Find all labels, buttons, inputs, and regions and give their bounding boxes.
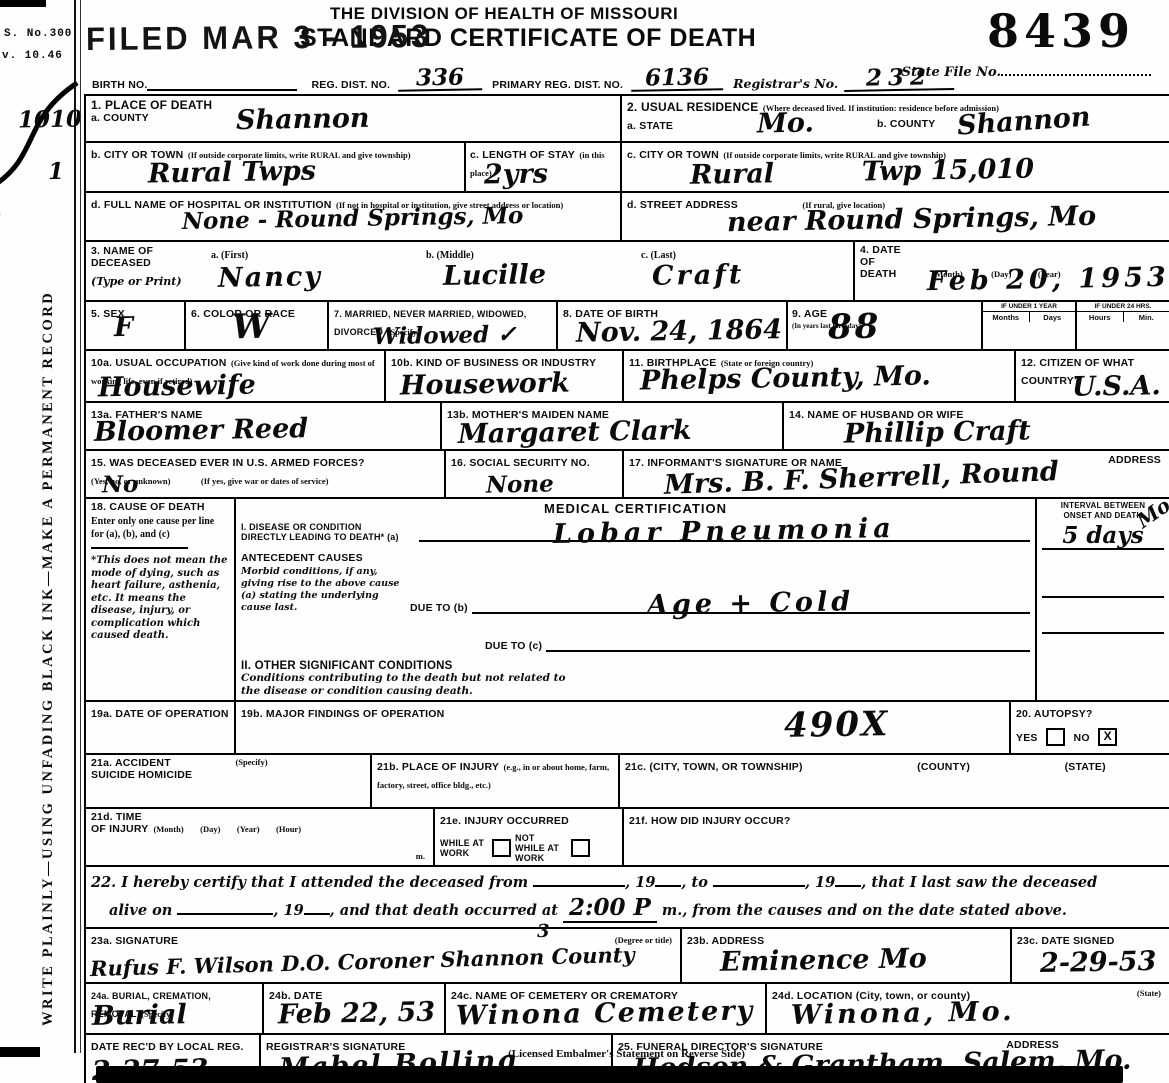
place-of-injury-box: 21b. PLACE OF INJURY (e.g., in or about … xyxy=(372,755,620,807)
res-street-label: d. STREET ADDRESS xyxy=(627,199,738,211)
interval-blank-b xyxy=(1042,596,1164,598)
signature-label: 23a. SIGNATURE xyxy=(91,935,178,947)
cause-title: 18. CAUSE OF DEATH xyxy=(91,501,229,513)
spouse-value: Phillip Craft xyxy=(844,417,1031,447)
cause-instr1: Enter only one cause per line for (a), (… xyxy=(91,515,229,541)
informant-box: 17. INFORMANT'S SIGNATURE OR NAME ADDRES… xyxy=(624,451,1169,497)
accident-note: (Specify) xyxy=(235,757,267,767)
antecedent-label: ANTECEDENT CAUSES xyxy=(241,552,1030,564)
certify-p4: alive on xyxy=(109,902,172,919)
occupation-value: Housewife xyxy=(98,372,256,402)
name-first: a. (First) Nancy xyxy=(208,242,423,300)
name-last-label: c. (Last) xyxy=(641,250,676,261)
age-value: 88 xyxy=(828,310,882,345)
primary-reg-dist-value: 6136 xyxy=(631,65,723,92)
citizen-box: 12. CITIZEN OF WHAT COUNTRY? U.S.A. xyxy=(1016,351,1169,401)
certify-blank3b xyxy=(304,899,330,915)
age-box: 9. AGE (In years last birthday) 88 IF UN… xyxy=(788,302,1169,349)
morbid-note: Morbid conditions, if any, giving rise t… xyxy=(241,566,406,614)
certificate-form: 1. PLACE OF DEATH a. COUNTY Shannon b. C… xyxy=(84,94,1169,1083)
certify-blank1b xyxy=(655,871,681,887)
race-value: W xyxy=(232,310,271,345)
name-of-deceased-box: 3. NAME OF DECEASED (Type or Print) a. (… xyxy=(86,242,855,300)
certify-blank2b xyxy=(835,871,861,887)
reg-dist-label: REG. DIST. NO. xyxy=(311,79,390,91)
cause-divider xyxy=(91,547,188,549)
pod-city-value: Rural Twps xyxy=(148,158,316,188)
age-main: 9. AGE (In years last birthday) 88 xyxy=(788,302,981,349)
how-injury-label: 21f. HOW DID INJURY OCCUR? xyxy=(629,815,791,827)
physician-address-value: Eminence Mo xyxy=(720,945,927,976)
cemetery-value: Winona Cemetery xyxy=(456,997,755,1029)
cemetery-box: 24c. NAME OF CEMETERY OR CREMATORY Winon… xyxy=(446,984,767,1033)
disease-label: I. DISEASE OR CONDITION DIRECTLY LEADING… xyxy=(241,522,419,542)
name-title-label: 3. NAME OF DECEASED xyxy=(91,245,203,269)
row-injury-bottom: 21d. TIME OF INJURY (Month) (Day) (Year)… xyxy=(86,809,1169,867)
margin-rule xyxy=(74,0,76,1053)
burial-box: 24a. BURIAL, CREMATION, REMOVAL (Specify… xyxy=(86,984,264,1033)
certify-p2: , to xyxy=(681,874,707,891)
dob-box: 8. DATE OF BIRTH Nov. 24, 1864 xyxy=(558,302,788,349)
dob-value: Nov. 24, 1864 xyxy=(576,316,782,347)
dod-value: Feb 20, 1953 xyxy=(927,264,1169,295)
row-signature: 23a. SIGNATURE 3 (Degree or title) Rufus… xyxy=(86,929,1169,984)
birthplace-box: 11. BIRTHPLACE (State or foreign country… xyxy=(624,351,1016,401)
name-title-note: (Type or Print) xyxy=(91,275,203,288)
ssn-label: 16. SOCIAL SECURITY NO. xyxy=(451,457,590,469)
armed-forces-box: 15. WAS DECEASED EVER IN U.S. ARMED FORC… xyxy=(86,451,446,497)
name-middle-value: Lucille xyxy=(443,261,546,290)
autopsy-yes-checkbox xyxy=(1046,728,1065,746)
scan-artifact-bar xyxy=(96,1066,1123,1083)
certify-p5: , and that death occurred at xyxy=(330,902,558,919)
disease-blank: Lobar Pneumonia xyxy=(419,518,1030,542)
certify-blank3 xyxy=(177,899,273,915)
marital-value: Widowed ✓ xyxy=(373,323,517,348)
pod-county-value: Shannon xyxy=(236,105,370,134)
name-first-label: a. (First) xyxy=(211,250,248,261)
injury-county-label: (COUNTY) xyxy=(917,761,970,773)
burial-date-box: 24b. DATE Feb 22, 53 xyxy=(264,984,446,1033)
cause-instr2: *This does not mean the mode of dying, s… xyxy=(91,555,229,643)
toi-day: (Day) xyxy=(200,824,220,834)
row-certify: 22. I hereby certify that I attended the… xyxy=(86,867,1169,929)
interval-blank-c xyxy=(1042,632,1164,634)
date-signed-label: 23c. DATE SIGNED xyxy=(1017,935,1115,947)
due-to-b-blank: Age + Cold xyxy=(472,590,1030,614)
operation-date-box: 19a. DATE OF OPERATION xyxy=(86,702,236,753)
name-title: 3. NAME OF DECEASED (Type or Print) xyxy=(86,242,208,300)
place-of-injury-label: 21b. PLACE OF INJURY xyxy=(377,761,499,773)
disease-line: I. DISEASE OR CONDITION DIRECTLY LEADING… xyxy=(241,518,1030,542)
due-to-b-label: DUE TO (b) xyxy=(410,602,468,614)
signature-value: Rufus F. Wilson D.O. Coroner Shannon Cou… xyxy=(90,944,635,979)
pod-length-of-stay: c. LENGTH OF STAY (in this place) 2yrs xyxy=(464,143,620,191)
armed-forces-note2: (If yes, give war or dates of service) xyxy=(201,476,329,486)
injury-occurred-box: 21e. INJURY OCCURRED WHILE AT WORK NOT W… xyxy=(435,809,624,865)
res-state-label: a. STATE xyxy=(627,120,673,132)
while-at-work-label: WHILE AT WORK xyxy=(440,838,488,858)
father-value: Bloomer Reed xyxy=(94,415,309,446)
autopsy-box: 20. AUTOPSY? YES NO X xyxy=(1011,702,1169,753)
age-under-24hr-label: IF UNDER 24 HRS. xyxy=(1077,302,1169,312)
certify-p6: m., from the causes and on the date stat… xyxy=(662,902,1067,919)
res-state-value: Mo. xyxy=(757,110,814,138)
row-medical-cert: 18. CAUSE OF DEATH Enter only one cause … xyxy=(86,499,1169,702)
ssn-box: 16. SOCIAL SECURITY NO. None xyxy=(446,451,624,497)
toi-hour: (Hour) xyxy=(276,824,301,834)
interval-box: INTERVAL BETWEEN ONSET AND DEATH Mo. 5 d… xyxy=(1037,499,1169,700)
certify-y2: , 19 xyxy=(805,874,835,891)
autopsy-no-checkbox: X xyxy=(1098,728,1117,746)
interval-label-2: ONSET AND DEATH xyxy=(1064,511,1143,520)
accident-box: 21a. ACCIDENT SUICIDE HOMICIDE (Specify) xyxy=(86,755,372,807)
pod-city: b. CITY OR TOWN (If outside corporate li… xyxy=(86,143,464,191)
pod-hospital-value: None - Round Springs, Mo xyxy=(182,204,524,233)
certify-p1: 22. I hereby certify that I attended the… xyxy=(91,874,528,891)
margin-rule-thin xyxy=(80,0,81,1053)
place-of-death-box: 1. PLACE OF DEATH a. COUNTY Shannon b. C… xyxy=(86,96,622,240)
row-place-residence: 1. PLACE OF DEATH a. COUNTY Shannon b. C… xyxy=(86,96,1169,242)
res-city: c. CITY OR TOWN (If outside corporate li… xyxy=(622,143,1169,193)
sex-box: 5. SEX F xyxy=(86,302,186,349)
primary-reg-dist-label: PRIMARY REG. DIST. NO. xyxy=(492,79,623,91)
autopsy-yes-label: YES xyxy=(1016,732,1038,744)
autopsy-no-label: NO xyxy=(1074,732,1090,744)
not-while-at-work-checkbox xyxy=(571,839,590,857)
burial-value: Burial xyxy=(92,1001,187,1030)
row-parents: 13a. FATHER'S NAME Bloomer Reed 13b. MOT… xyxy=(86,403,1169,451)
armed-forces-label: 15. WAS DECEASED EVER IN U.S. ARMED FORC… xyxy=(91,457,365,469)
due-to-b-value: Age + Cold xyxy=(647,588,855,619)
marital-box: 7. MARRIED, NEVER MARRIED, WIDOWED, DIVO… xyxy=(329,302,558,349)
cemetery-state-label: (State) xyxy=(1137,988,1161,998)
scan-artifact-blob xyxy=(0,1047,40,1057)
signature-stray-mark: 3 xyxy=(537,923,550,941)
res-street: d. STREET ADDRESS (If rural, give locati… xyxy=(622,193,1169,236)
age-under-24hr: IF UNDER 24 HRS. Hours Min. xyxy=(1077,302,1169,349)
res-title: 2. USUAL RESIDENCE xyxy=(627,100,758,114)
certify-box: 22. I hereby certify that I attended the… xyxy=(86,867,1169,927)
mother-box: 13b. MOTHER'S MAIDEN NAME Margaret Clark xyxy=(442,403,784,449)
interval-label-1: INTERVAL BETWEEN xyxy=(1061,501,1146,510)
ssn-value: None xyxy=(486,472,554,496)
cause-instructions-box: 18. CAUSE OF DEATH Enter only one cause … xyxy=(86,499,236,700)
registration-line: BIRTH NO. REG. DIST. NO. 336 PRIMARY REG… xyxy=(92,66,1163,91)
toi-month: (Month) xyxy=(153,824,183,834)
age-under-1yr: IF UNDER 1 YEAR Months Days xyxy=(983,302,1077,349)
not-while-at-work-label: NOT WHILE AT WORK xyxy=(515,833,567,863)
cemetery-location-box: 24d. LOCATION (City, town, or county) (S… xyxy=(767,984,1169,1033)
row-injury-top: 21a. ACCIDENT SUICIDE HOMICIDE (Specify)… xyxy=(86,755,1169,809)
form-number: S. No.300 xyxy=(4,28,72,40)
citizen-value: U.S.A. xyxy=(1072,372,1161,401)
interval-value: 5 days xyxy=(1062,522,1143,549)
row-name-dod: 3. NAME OF DECEASED (Type or Print) a. (… xyxy=(86,242,1169,302)
certify-time-value: 2:00 P xyxy=(563,894,657,923)
res-township-value: Twp 15,010 xyxy=(862,156,1034,186)
filed-date-stamp: FILED MAR 3 - 1953 xyxy=(86,18,431,59)
physician-address-box: 23b. ADDRESS Eminence Mo xyxy=(682,929,1012,982)
age-hours-label: Hours xyxy=(1077,312,1124,322)
row-operation: 19a. DATE OF OPERATION 19b. MAJOR FINDIN… xyxy=(86,702,1169,755)
cemetery-location-value: Winona, Mo. xyxy=(791,998,1015,1029)
age-months-label: Months xyxy=(983,312,1030,322)
informant-address-label: ADDRESS xyxy=(1108,454,1161,466)
res-county-value: Shannon xyxy=(956,103,1091,139)
name-last-value: Craft xyxy=(652,261,745,290)
pod-length-value: 2yrs xyxy=(484,160,548,188)
occupation-box: 10a. USUAL OCCUPATION (Give kind of work… xyxy=(86,351,386,401)
medical-cert-title: MEDICAL CERTIFICATION xyxy=(241,501,1030,516)
due-to-c-blank xyxy=(546,628,1030,652)
row-occupation: 10a. USUAL OCCUPATION (Give kind of work… xyxy=(86,351,1169,403)
death-certificate-scan: S. No.300 v. 10.46 1010 1 WRITE PLAINLY—… xyxy=(0,0,1169,1083)
reg-dist-value: 336 xyxy=(398,65,482,91)
date-of-death-box: 4. DATE OF DEATH (Month) (Day) (Year) Fe… xyxy=(855,242,1169,300)
embalmer-note: (Licensed Embalmer's Statement on Revers… xyxy=(84,1048,1169,1060)
due-to-c-label: DUE TO (c) xyxy=(485,640,542,652)
armed-forces-value: No xyxy=(102,473,139,497)
how-injury-box: 21f. HOW DID INJURY OCCUR? xyxy=(624,809,1169,865)
race-box: 6. COLOR OR RACE W xyxy=(186,302,329,349)
sex-value: F xyxy=(114,314,134,341)
physician-address-label: 23b. ADDRESS xyxy=(687,935,764,947)
spouse-box: 14. NAME OF HUSBAND OR WIFE Phillip Craf… xyxy=(784,403,1169,449)
accident-label: 21a. ACCIDENT SUICIDE HOMICIDE xyxy=(91,757,201,781)
dod-label: 4. DATE OF DEATH xyxy=(860,244,914,280)
due-to-b-line: Morbid conditions, if any, giving rise t… xyxy=(241,566,1030,614)
certify-blank1 xyxy=(533,871,625,887)
usual-residence-box: 2. USUAL RESIDENCE (Where deceased lived… xyxy=(622,96,1169,240)
res-city-value: Rural xyxy=(690,160,775,188)
age-note: (In years last birthday) xyxy=(792,322,977,330)
operation-findings-value: 490X xyxy=(783,707,889,743)
time-of-injury-label: 21d. TIME OF INJURY xyxy=(91,811,149,835)
registrar-no-value: 232 xyxy=(844,65,954,92)
date-signed-box: 23c. DATE SIGNED 2-29-53 xyxy=(1012,929,1169,982)
other-conditions-label: II. OTHER SIGNIFICANT CONDITIONS xyxy=(241,660,1030,672)
medical-cert-box: MEDICAL CERTIFICATION I. DISEASE OR COND… xyxy=(236,499,1037,700)
business-box: 10b. KIND OF BUSINESS OR INDUSTRY Housew… xyxy=(386,351,624,401)
registrar-no-label: Registrar's No. xyxy=(733,76,838,91)
birth-no-label: BIRTH NO. xyxy=(92,79,147,91)
burial-date-value: Feb 22, 53 xyxy=(278,998,436,1028)
age-min-label: Min. xyxy=(1124,312,1169,322)
injury-city-label: 21c. (CITY, TOWN, OR TOWNSHIP) xyxy=(625,761,803,773)
res-street-value: near Round Springs, Mo xyxy=(727,203,1097,236)
pod-hospital: d. FULL NAME OF HOSPITAL OR INSTITUTION … xyxy=(86,193,620,236)
injury-location-box: 21c. (CITY, TOWN, OR TOWNSHIP) (COUNTY) … xyxy=(620,755,1169,807)
scan-artifact-corner xyxy=(0,0,46,7)
res-county-label: b. COUNTY xyxy=(877,118,935,130)
age-days-label: Days xyxy=(1030,312,1076,322)
pod-city-length: b. CITY OR TOWN (If outside corporate li… xyxy=(86,143,620,193)
operation-findings-label: 19b. MAJOR FINDINGS OF OPERATION xyxy=(241,708,444,720)
row-sex-age: 5. SEX F 6. COLOR OR RACE W 7. MARRIED, … xyxy=(86,302,1169,351)
margin-instruction-vertical: WRITE PLAINLY—USING UNFADING BLACK INK—M… xyxy=(40,96,57,1026)
certify-p3: , that I last saw the deceased xyxy=(861,874,1097,891)
physician-signature-box: 23a. SIGNATURE 3 (Degree or title) Rufus… xyxy=(86,929,682,982)
row-burial: 24a. BURIAL, CREMATION, REMOVAL (Specify… xyxy=(86,984,1169,1035)
injury-state-label: (STATE) xyxy=(1065,761,1106,773)
date-signed-value: 2-29-53 xyxy=(1040,948,1157,977)
father-box: 13a. FATHER'S NAME Bloomer Reed xyxy=(86,403,442,449)
toi-year: (Year) xyxy=(237,824,260,834)
toi-m-suffix: m. xyxy=(416,851,425,861)
operation-findings-box: 19b. MAJOR FINDINGS OF OPERATION 490X xyxy=(236,702,1011,753)
disease-label-2: DIRECTLY LEADING TO DEATH* (a) xyxy=(241,532,399,542)
disease-value: Lobar Pneumonia xyxy=(553,515,896,548)
name-first-value: Nancy xyxy=(218,263,322,292)
row-informant: 15. WAS DECEASED EVER IN U.S. ARMED FORC… xyxy=(86,451,1169,499)
age-subcolumns: IF UNDER 1 YEAR Months Days IF UNDER 24 … xyxy=(981,302,1169,349)
autopsy-label: 20. AUTOPSY? xyxy=(1016,708,1093,720)
time-of-injury-box: 21d. TIME OF INJURY (Month) (Day) (Year)… xyxy=(86,809,435,865)
certificate-number: 8439 xyxy=(987,4,1135,58)
name-last: c. (Last) Craft xyxy=(638,242,853,300)
certify-blank2 xyxy=(713,871,805,887)
certify-y1: , 19 xyxy=(625,874,655,891)
age-label: 9. AGE xyxy=(792,308,827,320)
while-at-work-checkbox xyxy=(492,839,511,857)
injury-occurred-label: 21e. INJURY OCCURRED xyxy=(440,815,569,827)
occupation-label: 10a. USUAL OCCUPATION xyxy=(91,357,226,369)
name-middle-label: b. (Middle) xyxy=(426,250,474,261)
name-middle: b. (Middle) Lucille xyxy=(423,242,638,300)
res-state-county: 2. USUAL RESIDENCE (Where deceased lived… xyxy=(622,96,1169,143)
mother-value: Margaret Clark xyxy=(458,417,692,448)
certify-y3: , 19 xyxy=(273,902,303,919)
pod-county: 1. PLACE OF DEATH a. COUNTY Shannon xyxy=(86,96,620,143)
due-to-c-line: DUE TO (c) xyxy=(241,628,1030,652)
birthplace-value: Phelps County, Mo. xyxy=(640,362,931,394)
birth-no-blank xyxy=(147,75,297,91)
business-value: Housework xyxy=(400,370,570,400)
operation-date-label: 19a. DATE OF OPERATION xyxy=(91,708,229,720)
age-under-1yr-label: IF UNDER 1 YEAR xyxy=(983,302,1075,312)
disease-label-1: I. DISEASE OR CONDITION xyxy=(241,522,362,532)
other-conditions-note: Conditions contributing to the death but… xyxy=(241,672,571,698)
